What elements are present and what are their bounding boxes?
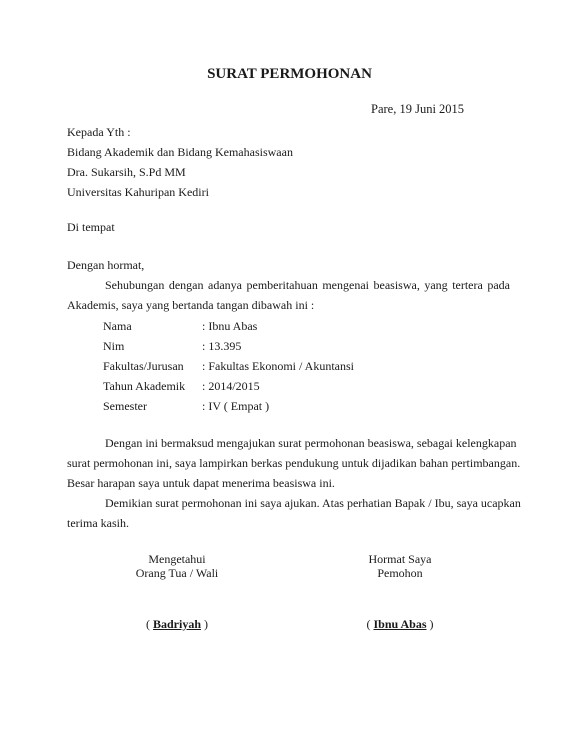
body-line1: Dengan ini bermaksud mengajukan surat pe… — [105, 436, 503, 451]
closing-line2: terima kasih. — [67, 516, 129, 531]
recipient-line3: Universitas Kahuripan Kediri — [67, 185, 209, 200]
detail-value: : 13.395 — [202, 339, 241, 354]
detail-value: : 2014/2015 — [202, 379, 260, 394]
greeting: Dengan hormat, — [67, 258, 144, 273]
signature-left-line2: Orang Tua / Wali — [97, 566, 257, 581]
body-line3: Besar harapan saya untuk dapat menerima … — [67, 476, 335, 491]
intro-line1: Sehubungan dengan adanya pemberitahuan m… — [105, 278, 510, 293]
detail-label: Semester — [103, 399, 147, 414]
signature-right-line1: Hormat Saya — [320, 552, 480, 567]
recipient-salutation: Kepada Yth : — [67, 125, 131, 140]
body-line2: surat permohonan ini, saya lampirkan ber… — [67, 456, 515, 471]
letter-title: SURAT PERMOHONAN — [0, 66, 579, 83]
detail-label: Tahun Akademik — [103, 379, 185, 394]
signature-left-line1: Mengetahui — [97, 552, 257, 567]
recipient-line2: Dra. Sukarsih, S.Pd MM — [67, 165, 186, 180]
signer-name: Badriyah — [153, 617, 201, 631]
signature-right-line2: Pemohon — [320, 566, 480, 581]
recipient-line1: Bidang Akademik dan Bidang Kemahasiswaan — [67, 145, 293, 160]
signature-left-name: ( Badriyah ) — [97, 617, 257, 632]
intro-line2: Akademis, saya yang bertanda tangan diba… — [67, 298, 314, 313]
detail-label: Nim — [103, 339, 124, 354]
detail-label: Nama — [103, 319, 132, 334]
detail-value: : Ibnu Abas — [202, 319, 257, 334]
detail-label: Fakultas/Jurusan — [103, 359, 184, 374]
signature-right-name: ( Ibnu Abas ) — [320, 617, 480, 632]
detail-value: : Fakultas Ekonomi / Akuntansi — [202, 359, 354, 374]
recipient-place: Di tempat — [67, 220, 115, 235]
closing-line1: Demikian surat permohonan ini saya ajuka… — [105, 496, 517, 511]
detail-value: : IV ( Empat ) — [202, 399, 269, 414]
signer-name: Ibnu Abas — [373, 617, 426, 631]
letter-date: Pare, 19 Juni 2015 — [371, 102, 464, 117]
